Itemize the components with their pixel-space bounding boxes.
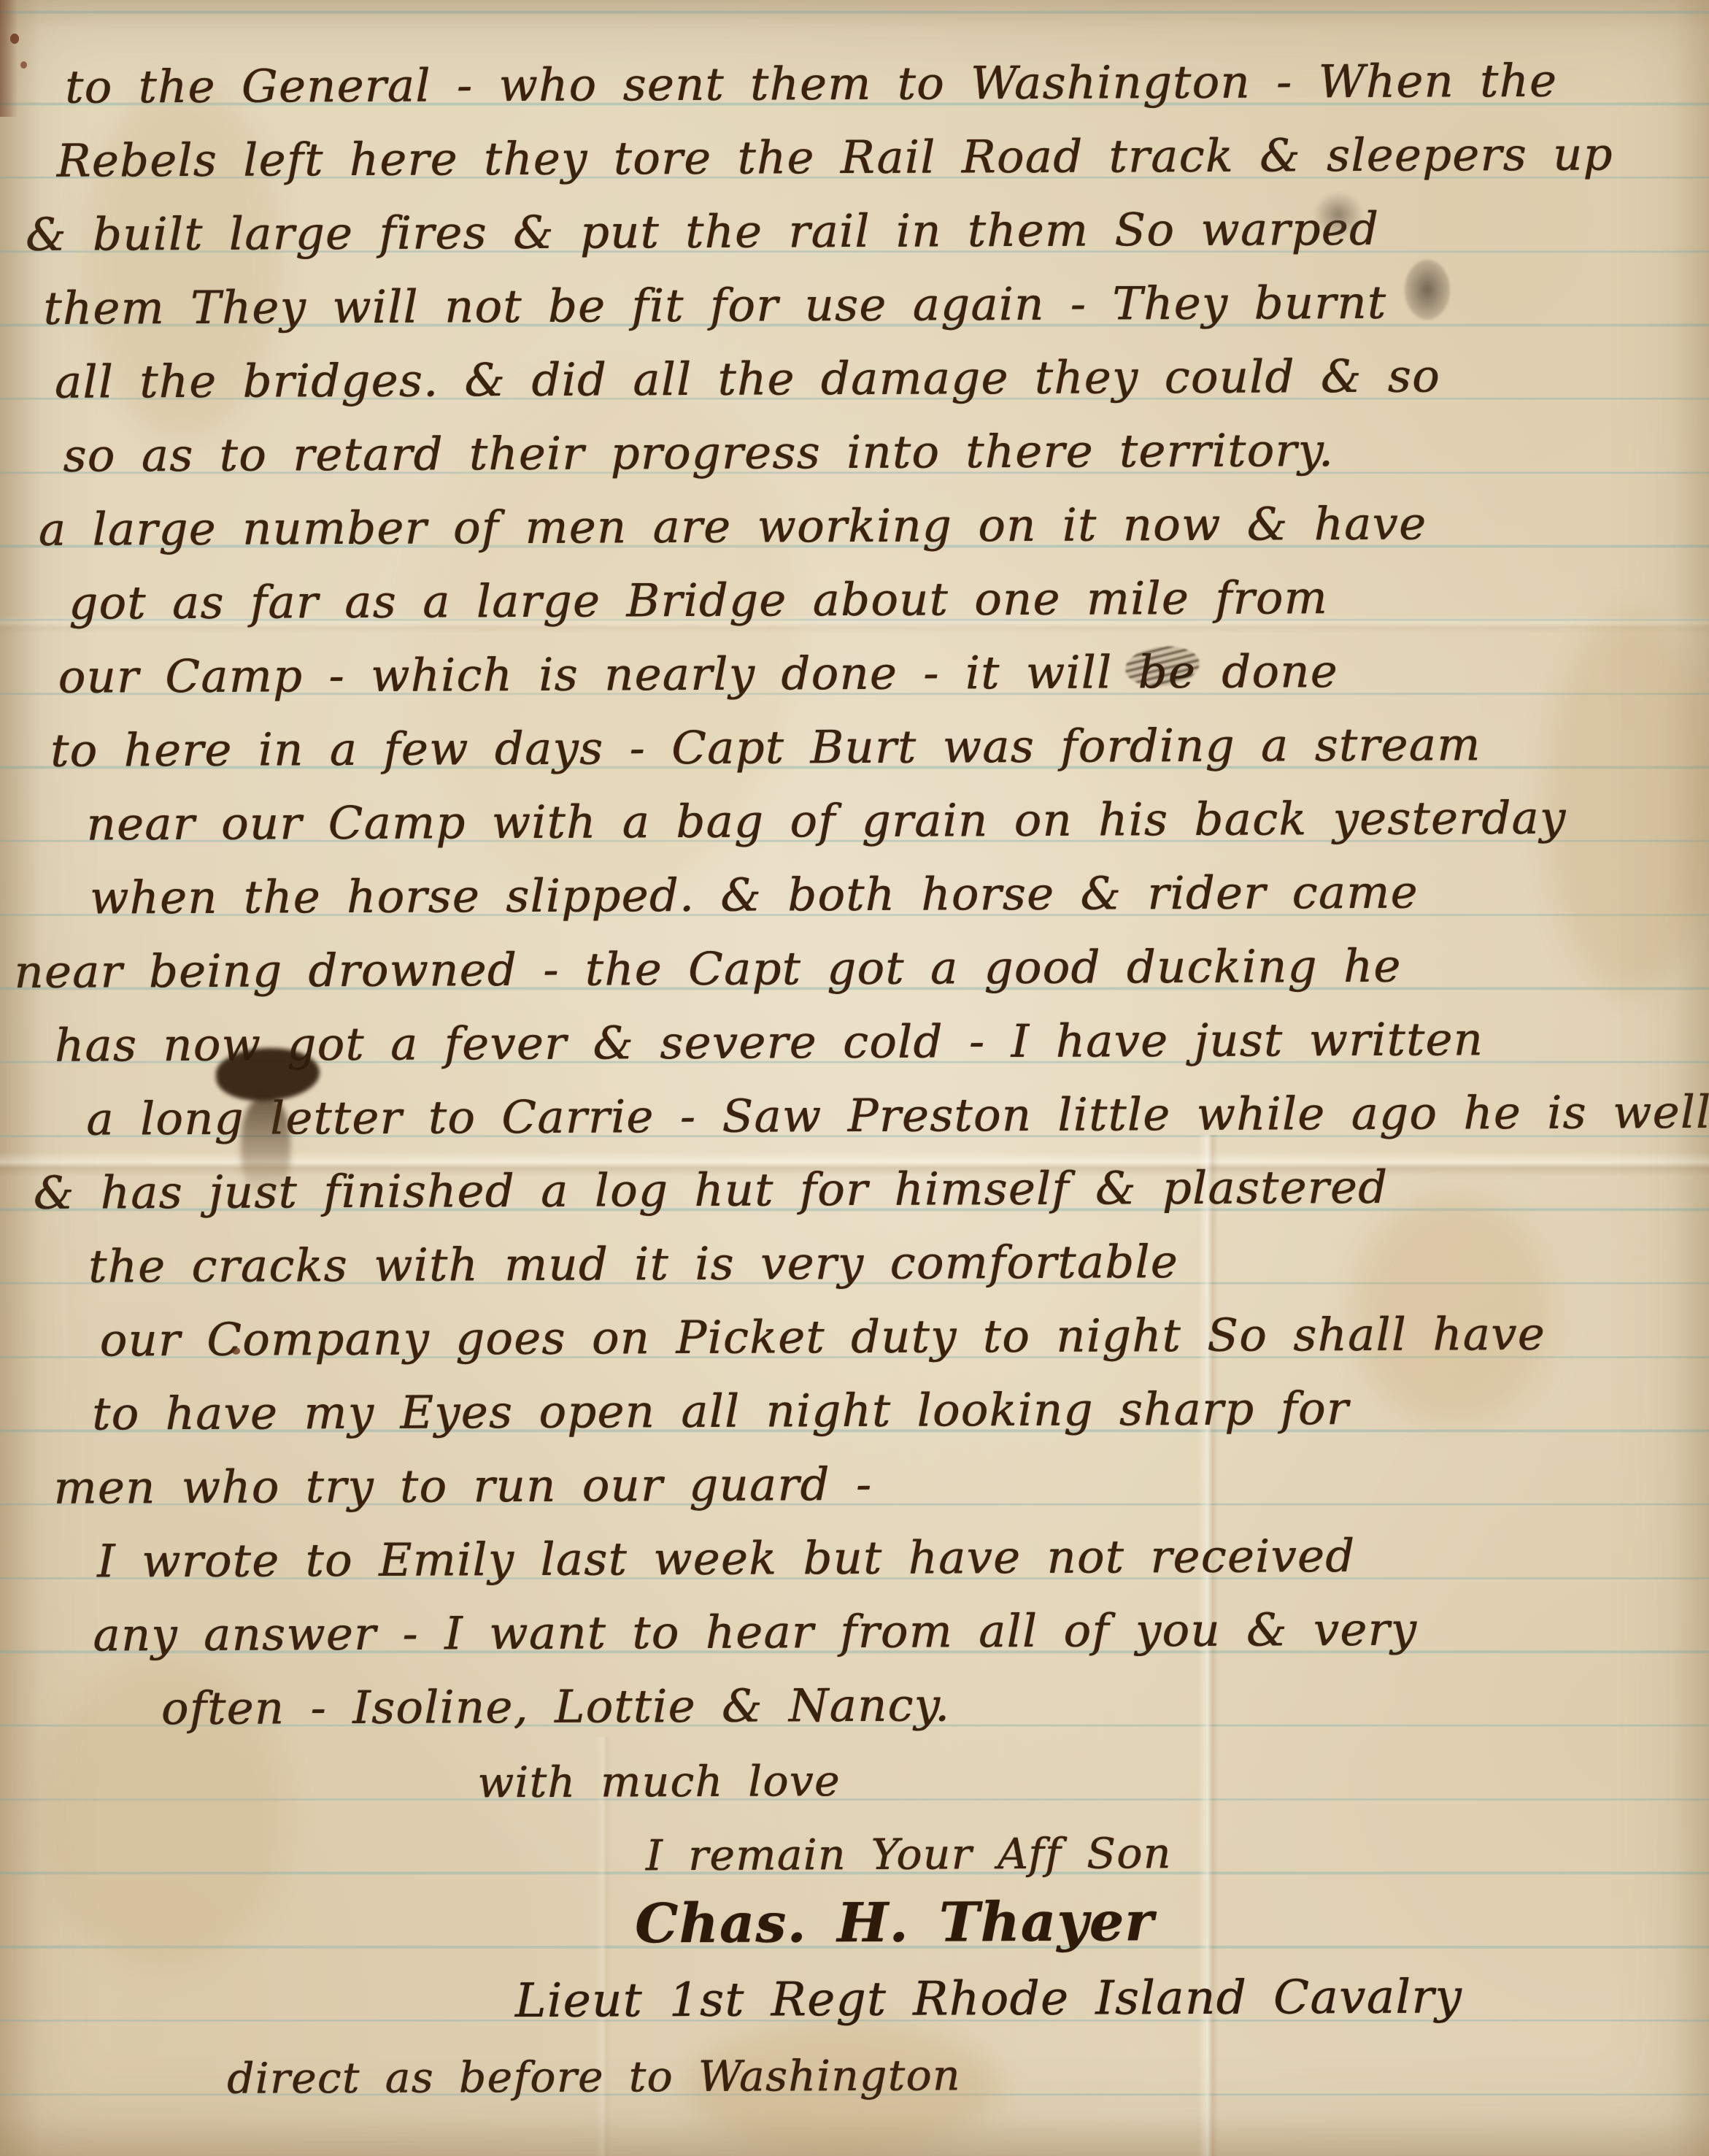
letter-line-text: got as far as a large Bridge about one m… (69, 577, 1328, 625)
letter-line-text: all the bridges. & did all the damage th… (55, 355, 1440, 404)
letter-line-text: Chas. H. Thayer (635, 1896, 1154, 1949)
letter-page: to the General - who sent them to Washin… (0, 0, 1709, 2156)
letter-line-text: near our Camp with a bag of grain on his… (86, 797, 1566, 847)
letter-line-text: direct as before to Washington (227, 2055, 961, 2098)
letter-line-text: the cracks with mud it is very comfortab… (88, 1241, 1178, 1288)
letter-line-text: our Company goes on Picket duty to night… (100, 1313, 1546, 1363)
letter-line-text: any answer - I want to hear from all of … (93, 1609, 1417, 1658)
letter-line-text: near being drowned - the Capt got a good… (14, 945, 1401, 994)
letter-line-text: them They will not be fit for use again … (43, 282, 1386, 331)
letter-line-text: to have my Eyes open all night looking s… (92, 1387, 1349, 1436)
letter-line-text: when the horse slipped. & both horse & r… (90, 871, 1419, 920)
letter-line-text: so as to retard their progress into ther… (63, 429, 1334, 477)
letter-line: direct as before to Washington (4, 2016, 1706, 2097)
letter-line: I remain Your Aff Son (3, 1795, 1705, 1876)
letter-line-text: I wrote to Emily last week but have not … (97, 1535, 1356, 1583)
letter-line: to the General - who sent them to Washin… (0, 26, 1697, 107)
letter-text: to the General - who sent them to Washin… (0, 26, 1706, 2097)
letter-line-text: to the General - who sent them to Washin… (65, 60, 1557, 109)
letter-line-text: I remain Your Aff Son (646, 1833, 1172, 1876)
letter-line-text: our Camp - which is nearly done - it wil… (58, 650, 1338, 699)
letter-line-text: a long letter to Carrie - Saw Preston li… (86, 1091, 1709, 1141)
letter-line-text: Rebels left here they tore the Rail Road… (56, 134, 1613, 183)
letter-line-text: has now got a fever & severe cold - I ha… (55, 1018, 1484, 1067)
letter-line-text: & built large fires & put the rail in th… (26, 208, 1379, 257)
letter-line-text: to here in a few days - Capt Burt was fo… (50, 723, 1481, 772)
letter-line-text: often - Isoline, Lottie & Nancy. (161, 1685, 951, 1731)
letter-line-text: Lieut 1st Regt Rhode Island Cavalry (514, 1976, 1462, 2024)
letter-line: Chas. H. Thayer (4, 1868, 1705, 1949)
letter-line-text: with much love (477, 1761, 841, 1803)
letter-line-text: & has just finished a log hut for himsel… (34, 1166, 1389, 1215)
letter-line-text: a large number of men are working on it … (39, 503, 1427, 552)
letter-line-text: men who try to run our guard - (53, 1463, 872, 1510)
